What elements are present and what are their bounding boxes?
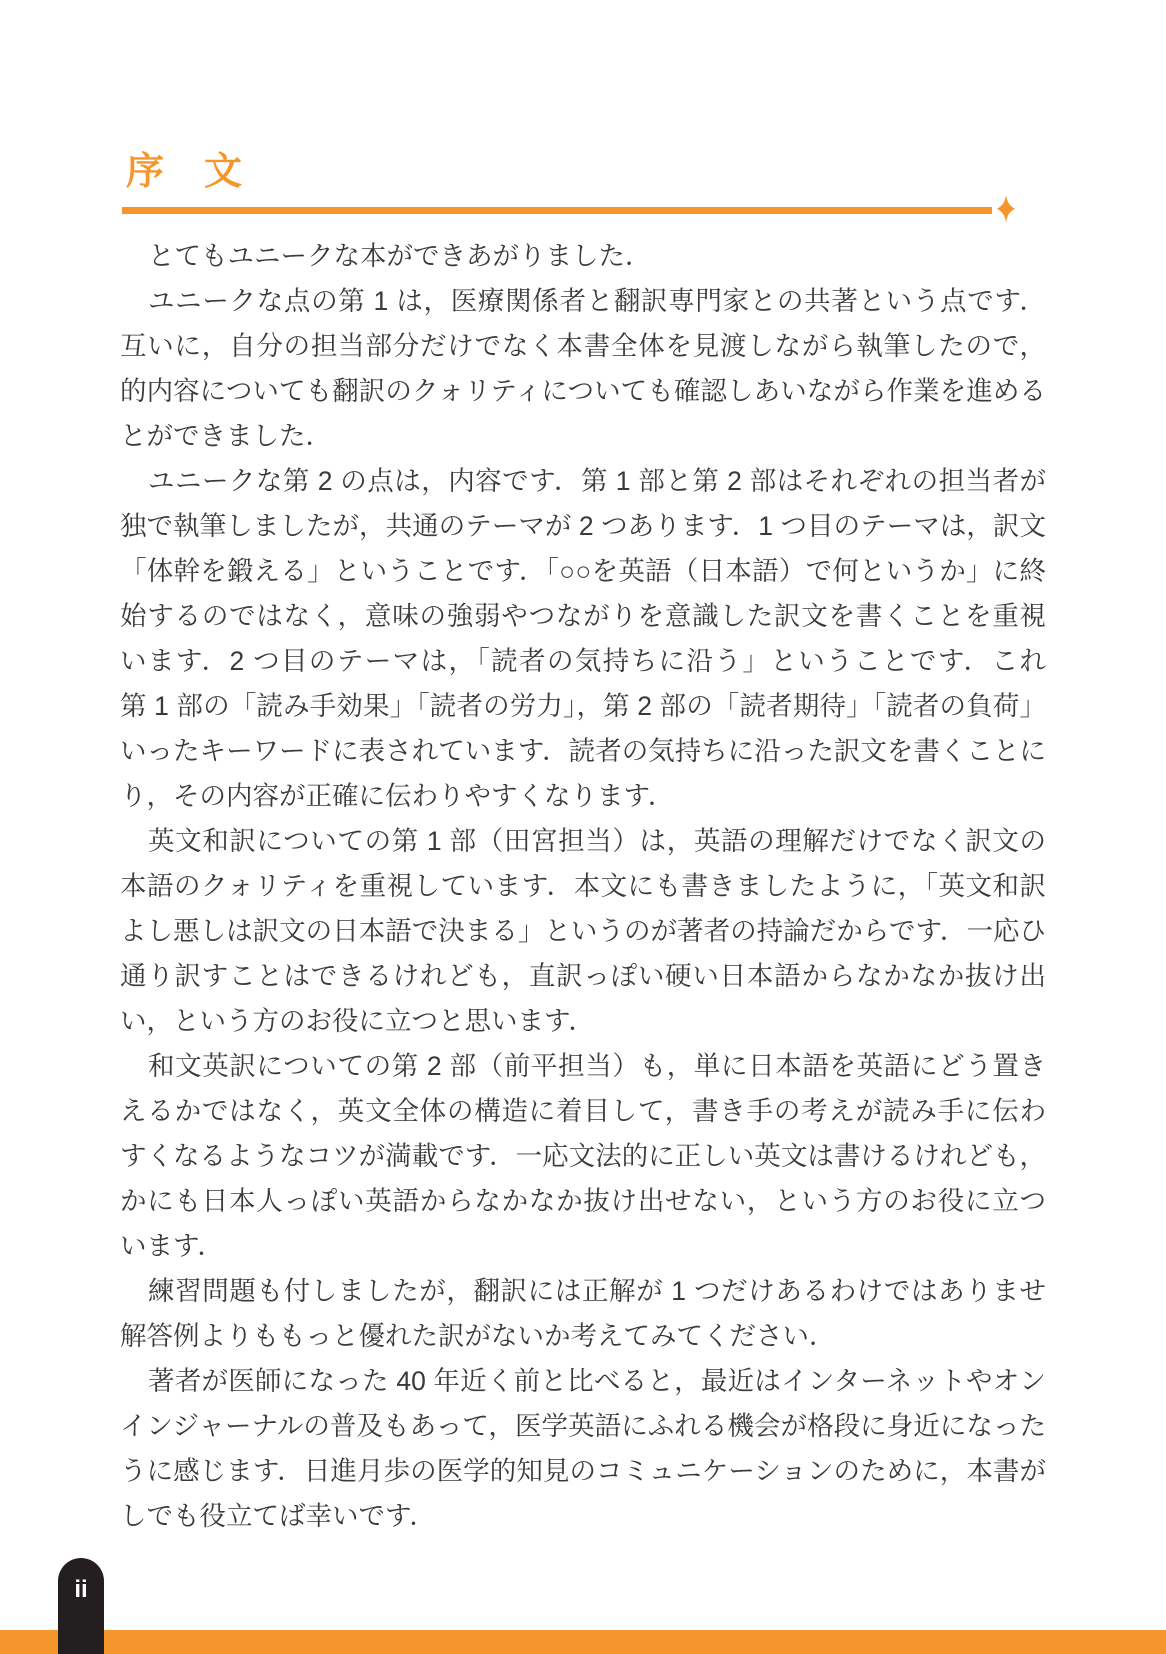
text-line: うに感じます．日進月歩の医学的知見のコミュニケーションのために，本書が少 — [120, 1449, 1046, 1494]
page-number-tab: ii — [58, 1558, 104, 1654]
text-line: り，その内容が正確に伝わりやすくなります． — [120, 774, 1046, 819]
text-line: 互いに，自分の担当部分だけでなく本書全体を見渡しながら執筆したので，医学 — [120, 324, 1046, 369]
text-line: えるかではなく，英文全体の構造に着目して，書き手の考えが読み手に伝わりや — [120, 1089, 1046, 1134]
text-line: よし悪しは訳文の日本語で決まる」というのが著者の持論だからです．一応ひと — [120, 909, 1046, 954]
preface-body: とてもユニークな本ができあがりました．ユニークな点の第 1 は，医療関係者と翻訳… — [120, 234, 1046, 1539]
title-rule — [122, 207, 992, 214]
footer-bar — [0, 1630, 1166, 1654]
text-line: 的内容についても翻訳のクォリティについても確認しあいながら作業を進めるこ — [120, 369, 1046, 414]
text-line: 英文和訳についての第 1 部（田宮担当）は，英語の理解だけでなく訳文の日 — [120, 819, 1046, 864]
text-line: しでも役立てば幸いです． — [120, 1494, 1046, 1539]
text-line: とができました． — [120, 414, 1046, 459]
text-line: 和文英訳についての第 2 部（前平担当）も，単に日本語を英語にどう置き換 — [120, 1044, 1046, 1089]
text-line: 始するのではなく，意味の強弱やつながりを意識した訳文を書くことを重視して — [120, 594, 1046, 639]
text-line: い，という方のお役に立つと思います． — [120, 999, 1046, 1044]
text-line: 著者が医師になった 40 年近く前と比べると，最近はインターネットやオンラ — [120, 1359, 1046, 1404]
text-line: 通り訳すことはできるけれども，直訳っぽい硬い日本語からなかなか抜け出せな — [120, 954, 1046, 999]
sparkle-icon — [996, 194, 1016, 224]
text-line: 練習問題も付しましたが，翻訳には正解が 1 つだけあるわけではありません． — [120, 1269, 1046, 1314]
text-line: ユニークな第 2 の点は，内容です．第 1 部と第 2 部はそれぞれの担当者が単 — [120, 459, 1046, 504]
page-title: 序 文 — [126, 140, 243, 195]
text-line: いったキーワードに表されています．読者の気持ちに沿った訳文を書くことによ — [120, 729, 1046, 774]
text-line: インジャーナルの普及もあって，医学英語にふれる機会が格段に身近になったよ — [120, 1404, 1046, 1449]
text-line: 解答例よりももっと優れた訳がないか考えてみてください． — [120, 1314, 1046, 1359]
text-line: います． — [120, 1224, 1046, 1269]
text-line: 「体幹を鍛える」ということです．「○○を英語（日本語）で何というか」に終 — [120, 549, 1046, 594]
page-number: ii — [74, 1578, 87, 1654]
text-line: います．2 つ目のテーマは，「読者の気持ちに沿う」ということです．これは， — [120, 639, 1046, 684]
text-line: すくなるようなコツが満載です．一応文法的に正しい英文は書けるけれども，い — [120, 1134, 1046, 1179]
text-line: ユニークな点の第 1 は，医療関係者と翻訳専門家との共著という点です．お — [120, 279, 1046, 324]
text-line: とてもユニークな本ができあがりました． — [120, 234, 1046, 279]
text-line: かにも日本人っぽい英語からなかなか抜け出せない，という方のお役に立つと思 — [120, 1179, 1046, 1224]
text-line: 本語のクォリティを重視しています．本文にも書きましたように，「英文和訳の — [120, 864, 1046, 909]
text-line: 第 1 部の「読み手効果」「読者の労力」，第 2 部の「読者期待」「読者の負荷」… — [120, 684, 1046, 729]
text-line: 独で執筆しましたが，共通のテーマが 2 つあります．1 つ目のテーマは，訳文の — [120, 504, 1046, 549]
